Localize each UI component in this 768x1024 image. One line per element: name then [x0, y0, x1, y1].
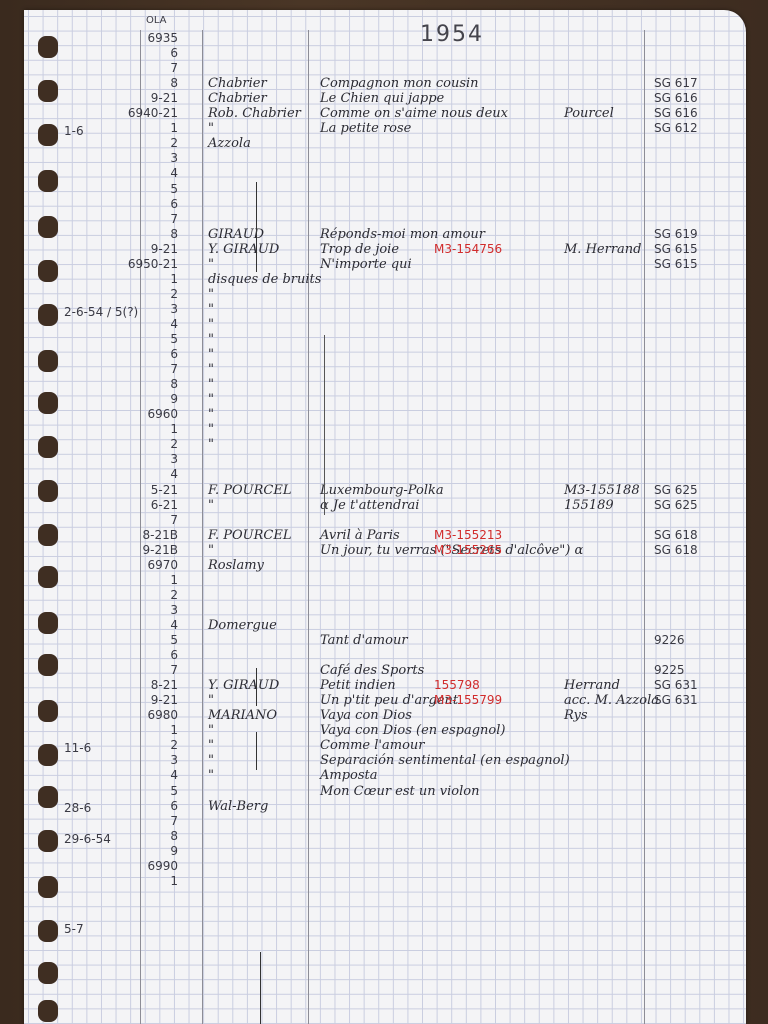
artist-name: Rob. Chabrier: [208, 107, 301, 120]
binder-hole: [38, 392, 58, 414]
matrix-number: 8: [8, 378, 178, 390]
matrix-ref-red: M3-155265: [434, 544, 502, 556]
song-title: Compagnon mon cousin: [320, 77, 479, 90]
catalog-number: SG 616: [654, 107, 698, 119]
catalog-number: SG 631: [654, 679, 698, 691]
artist-name: ": [208, 348, 214, 361]
matrix-number: 3: [8, 604, 178, 616]
catalog-number: SG 631: [654, 694, 698, 706]
matrix-number: 3: [8, 754, 178, 766]
binder-hole: [38, 216, 58, 238]
artist-name: Roslamy: [208, 559, 264, 572]
continuation-line: [324, 335, 325, 515]
matrix-number: 9-21: [8, 694, 178, 706]
artist-name: ": [208, 694, 214, 707]
artist-name: ": [208, 769, 214, 782]
catalog-number: 9226: [654, 634, 685, 646]
matrix-number: 9-21: [8, 243, 178, 255]
artist-name: ": [208, 754, 214, 767]
artist-name: Chabrier: [208, 77, 267, 90]
song-title: Café des Sports: [320, 664, 424, 677]
matrix-number: 6-21: [8, 499, 178, 511]
matrix-number: 6960: [8, 408, 178, 420]
song-title: Amposta: [320, 769, 378, 782]
matrix-number: 9-21B: [8, 544, 178, 556]
column-header-ola: OLA: [146, 16, 167, 26]
artist-name: ": [208, 288, 214, 301]
matrix-number: 7: [8, 664, 178, 676]
matrix-number: 6970: [8, 559, 178, 571]
matrix-number: 6950-21: [8, 258, 178, 270]
binder-hole: [38, 700, 58, 722]
matrix-number: 1: [8, 122, 178, 134]
matrix-number: 6: [8, 800, 178, 812]
matrix-number: 8: [8, 228, 178, 240]
matrix-ref-red: M3-155213: [434, 529, 502, 541]
matrix-number: 9-21: [8, 92, 178, 104]
song-title: La petite rose: [320, 122, 411, 135]
matrix-number: 8: [8, 77, 178, 89]
catalog-number: SG 616: [654, 92, 698, 104]
matrix-number: 5-21: [8, 484, 178, 496]
continuation-line: [260, 952, 261, 1024]
artist-name: ": [208, 318, 214, 331]
credit-note: Herrand: [564, 679, 620, 692]
artist-name: Wal-Berg: [208, 800, 268, 813]
matrix-number: 7: [8, 62, 178, 74]
column-divider: [308, 30, 309, 1024]
song-title: Avril à Paris: [320, 529, 400, 542]
artist-name: ": [208, 438, 214, 451]
artist-name: Y. GIRAUD: [208, 243, 279, 256]
song-title: Tant d'amour: [320, 634, 408, 647]
catalog-number: SG 618: [654, 529, 698, 541]
column-divider: [202, 30, 203, 1024]
artist-name: ": [208, 378, 214, 391]
song-title: α Je t'attendrai: [320, 499, 419, 512]
catalog-number: SG 617: [654, 77, 698, 89]
matrix-number: 3: [8, 152, 178, 164]
matrix-number: 7: [8, 514, 178, 526]
artist-name: ": [208, 423, 214, 436]
continuation-line: [256, 732, 257, 770]
matrix-number: 5: [8, 183, 178, 195]
catalog-number: SG 618: [654, 544, 698, 556]
song-title: Trop de joie: [320, 243, 399, 256]
artist-name: MARIANO: [208, 709, 277, 722]
artist-name: F. POURCEL: [208, 484, 291, 497]
matrix-number: 1: [8, 423, 178, 435]
matrix-number: 6940-21: [8, 107, 178, 119]
song-title: Le Chien qui jappe: [320, 92, 444, 105]
artist-name: Azzola: [208, 137, 251, 150]
matrix-number: 2: [8, 589, 178, 601]
credit-note: acc. M. Azzola: [564, 694, 659, 707]
catalog-number: SG 612: [654, 122, 698, 134]
matrix-number: 2: [8, 137, 178, 149]
credit-note: Pourcel: [564, 107, 614, 120]
binder-hole: [38, 612, 58, 634]
binder-hole: [38, 80, 58, 102]
matrix-number: 6980: [8, 709, 178, 721]
credit-note: M. Herrand: [564, 243, 641, 256]
margin-date: 2-6-54 / 5(?): [64, 306, 138, 318]
matrix-number: 9: [8, 845, 178, 857]
artist-name: ": [208, 408, 214, 421]
binder-hole: [38, 654, 58, 676]
matrix-number: 4: [8, 318, 178, 330]
artist-name: disques de bruits: [208, 273, 321, 286]
matrix-number: 1: [8, 875, 178, 887]
matrix-number: 4: [8, 769, 178, 781]
matrix-number: 5: [8, 634, 178, 646]
binder-hole: [38, 786, 58, 808]
matrix-number: 2: [8, 739, 178, 751]
catalog-number: SG 615: [654, 243, 698, 255]
margin-date: 28-6: [64, 802, 91, 814]
binder-hole: [38, 566, 58, 588]
column-divider: [644, 30, 645, 1024]
matrix-number: 6935: [8, 32, 178, 44]
matrix-number: 7: [8, 815, 178, 827]
matrix-ref-red: M3-154756: [434, 243, 502, 255]
song-title: Petit indien: [320, 679, 396, 692]
catalog-number: SG 615: [654, 258, 698, 270]
matrix-number: 5: [8, 333, 178, 345]
matrix-number: 6990: [8, 860, 178, 872]
binder-hole: [38, 524, 58, 546]
artist-name: ": [208, 333, 214, 346]
artist-name: ": [208, 544, 214, 557]
song-title: N'importe qui: [320, 258, 412, 271]
binder-hole: [38, 124, 58, 146]
matrix-ref-red: M3-155799: [434, 694, 502, 706]
artist-name: ": [208, 739, 214, 752]
continuation-line: [256, 182, 257, 272]
matrix-ref-red: 155798: [434, 679, 480, 691]
artist-name: F. POURCEL: [208, 529, 291, 542]
artist-name: Domergue: [208, 619, 277, 632]
catalog-number: SG 625: [654, 484, 698, 496]
binder-hole: [38, 830, 58, 852]
binder-hole: [38, 876, 58, 898]
matrix-number: 4: [8, 167, 178, 179]
song-title: Vaya con Dios (en espagnol): [320, 724, 505, 737]
artist-name: Chabrier: [208, 92, 267, 105]
matrix-number: 6: [8, 47, 178, 59]
matrix-number: 7: [8, 363, 178, 375]
matrix-number: 4: [8, 468, 178, 480]
song-title: Luxembourg-Polka: [320, 484, 444, 497]
matrix-number: 1: [8, 273, 178, 285]
catalog-number: SG 625: [654, 499, 698, 511]
catalog-number: 9225: [654, 664, 685, 676]
margin-date: 1-6: [64, 125, 84, 137]
matrix-number: 1: [8, 724, 178, 736]
matrix-number: 6: [8, 649, 178, 661]
credit-note: M3-155188: [564, 484, 640, 497]
binder-hole: [38, 436, 58, 458]
binder-hole: [38, 170, 58, 192]
matrix-number: 3: [8, 453, 178, 465]
matrix-number: 8-21: [8, 679, 178, 691]
binder-hole: [38, 480, 58, 502]
binder-hole: [38, 962, 58, 984]
credit-note: 155189: [564, 499, 614, 512]
matrix-number: 2: [8, 438, 178, 450]
artist-name: ": [208, 363, 214, 376]
credit-note: Rys: [564, 709, 588, 722]
binder-hole: [38, 260, 58, 282]
song-title: Comme on s'aime nous deux: [320, 107, 508, 120]
artist-name: ": [208, 258, 214, 271]
matrix-number: 6: [8, 198, 178, 210]
binder-hole: [38, 920, 58, 942]
song-title: Mon Cœur est un violon: [320, 785, 479, 798]
artist-name: ": [208, 499, 214, 512]
matrix-number: 9: [8, 393, 178, 405]
margin-date: 5-7: [64, 923, 84, 935]
song-title: Vaya con Dios: [320, 709, 412, 722]
matrix-number: 2: [8, 288, 178, 300]
binder-hole: [38, 1000, 58, 1022]
matrix-number: 1: [8, 574, 178, 586]
artist-name: ": [208, 393, 214, 406]
artist-name: Y. GIRAUD: [208, 679, 279, 692]
binder-hole: [38, 304, 58, 326]
binder-hole: [38, 350, 58, 372]
artist-name: ": [208, 303, 214, 316]
artist-name: ": [208, 122, 214, 135]
binder-hole: [38, 36, 58, 58]
page-year: 1954: [420, 24, 484, 46]
margin-date: 11-6: [64, 742, 91, 754]
song-title: Comme l'amour: [320, 739, 424, 752]
song-title: Réponds-moi mon amour: [320, 228, 485, 241]
matrix-number: 4: [8, 619, 178, 631]
notebook-page: OLA 1954 6935678ChabrierCompagnon mon co…: [24, 10, 746, 1024]
song-title: Separación sentimental (en espagnol): [320, 754, 570, 767]
catalog-number: SG 619: [654, 228, 698, 240]
matrix-number: 7: [8, 213, 178, 225]
matrix-number: 8-21B: [8, 529, 178, 541]
matrix-number: 6: [8, 348, 178, 360]
binder-hole: [38, 744, 58, 766]
continuation-line: [256, 668, 257, 706]
artist-name: ": [208, 724, 214, 737]
margin-date: 29-6-54: [64, 833, 111, 845]
matrix-number: 5: [8, 785, 178, 797]
